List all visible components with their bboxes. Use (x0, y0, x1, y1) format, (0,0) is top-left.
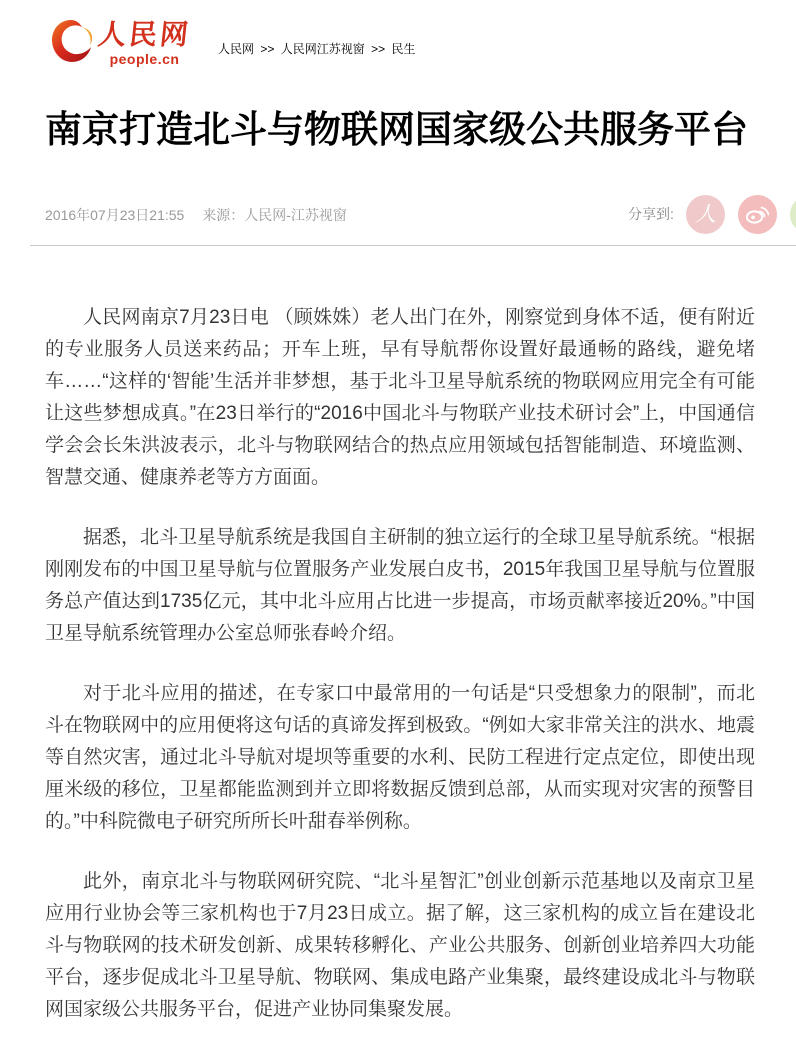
breadcrumb-separator: >> (371, 42, 385, 56)
article-body: 人民网南京7月23日电 （顾姝姝）老人出门在外，刚察觉到身体不适，便有附近的专业… (45, 246, 755, 1054)
publish-meta: 2016年07月23日21:55 来源：人民网-江苏视窗 (45, 205, 347, 225)
people-cn-logo[interactable]: 人民网 people.cn (50, 18, 191, 67)
share-wechat-button[interactable] (790, 195, 796, 234)
logo-text-block: 人民网 people.cn (98, 20, 191, 67)
article-page: 人民网 people.cn 人民网 >> 人民网江苏视窗 >> 民生 南京打造北… (0, 0, 796, 1064)
source-name: 人民网-江苏视窗 (244, 207, 347, 223)
breadcrumb: 人民网 >> 人民网江苏视窗 >> 民生 (218, 40, 415, 57)
breadcrumb-separator: >> (260, 42, 274, 56)
share-sina-weibo-button[interactable] (738, 195, 777, 234)
article-title: 南京打造北斗与物联网国家级公共服务平台 (45, 106, 757, 154)
source-label: 来源： (202, 207, 244, 223)
article-paragraph: 人民网南京7月23日电 （顾姝姝）老人出门在外，刚察觉到身体不适，便有附近的专业… (45, 302, 755, 494)
people-logo-icon (50, 18, 92, 64)
article-paragraph: 此外，南京北斗与物联网研究院、“北斗星智汇”创业创新示范基地以及南京卫星应用行业… (45, 866, 755, 1026)
breadcrumb-link-jiangsu[interactable]: 人民网江苏视窗 (281, 42, 365, 56)
logo-domain-text: people.cn (110, 51, 180, 67)
share-people-weibo-button[interactable]: 人 (686, 195, 725, 234)
publish-date: 2016年07月23日21:55 (45, 207, 184, 223)
breadcrumb-link-home[interactable]: 人民网 (218, 42, 254, 56)
share-bar: 分享到: 人 (628, 194, 790, 234)
article-paragraph: 对于北斗应用的描述，在专家口中最常用的一句话是“只受想象力的限制”，而北斗在物联… (45, 678, 755, 838)
article-paragraph: 据悉，北斗卫星导航系统是我国自主研制的独立运行的全球卫星导航系统。“根据刚刚发布… (45, 522, 755, 650)
people-glyph-icon: 人 (695, 204, 716, 225)
share-label: 分享到: (628, 204, 674, 224)
breadcrumb-link-minsheng[interactable]: 民生 (391, 42, 415, 56)
logo-brand-text: 人民网 (96, 20, 192, 50)
weibo-icon (745, 203, 769, 225)
